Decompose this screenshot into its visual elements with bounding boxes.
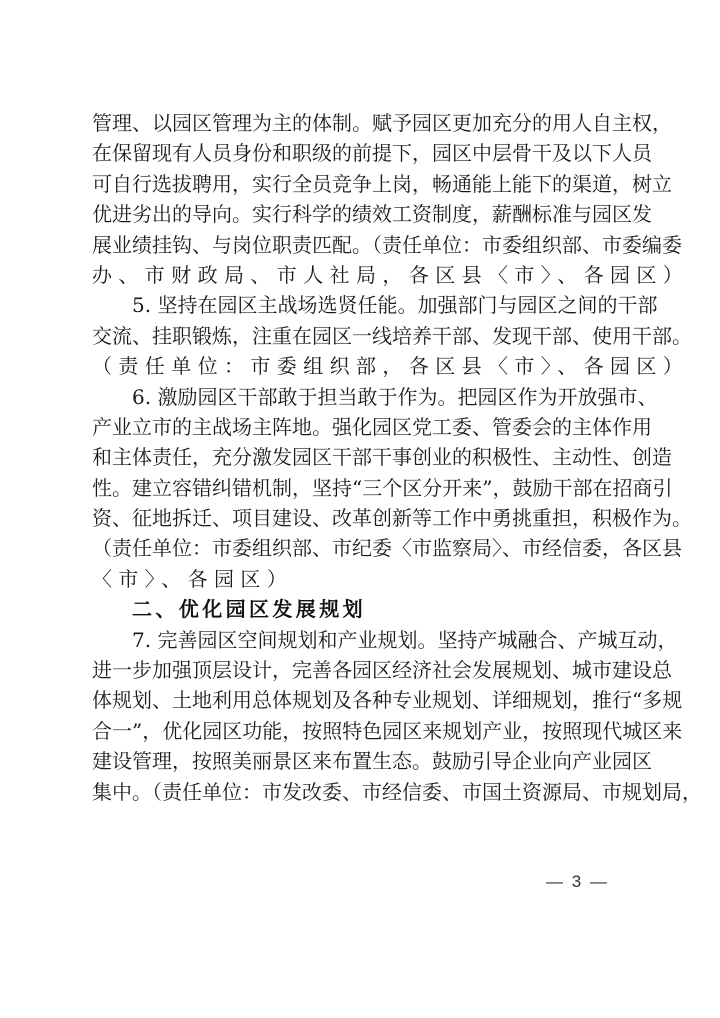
page-number: — 3 — — [546, 872, 609, 892]
document-page: 管理、以园区管理为主的体制。赋予园区更加充分的用人自主权， 在保留现有人员身份和… — [92, 108, 621, 807]
text-line: 交流、挂职锻炼，注重在园区一线培养干部、发现干部、使用干部。 — [92, 321, 621, 351]
item-7-title-line: 7. 完善园区空间规划和产业规划。坚持产城融合、产城互动， — [92, 625, 621, 655]
text-line: 进一步加强顶层设计，完善各园区经济社会发展规划、城市建设总 — [92, 655, 621, 685]
text-line: 集中。（责任单位：市发改委、市经信委、市国土资源局、市规划局， — [92, 777, 621, 807]
text-line: （责任单位：市委组织部，各区县〈市〉、各园区） — [92, 351, 621, 381]
text-line: 合一”，优化园区功能，按照特色园区来规划产业，按照现代城区来 — [92, 716, 621, 746]
text-line: 资、征地拆迁、项目建设、改革创新等工作中勇挑重担，积极作为。 — [92, 503, 621, 533]
text-line: 体规划、土地利用总体规划及各种专业规划、详细规划，推行“多规 — [92, 685, 621, 715]
text-line: 〈市〉、各园区） — [92, 564, 621, 594]
text-line: 展业绩挂钩、与岗位职责匹配。（责任单位：市委组织部、市委编委 — [92, 230, 621, 260]
text-line: 在保留现有人员身份和职级的前提下，园区中层骨干及以下人员 — [92, 138, 621, 168]
text-line: 办、市财政局、市人社局，各区县〈市〉、各园区） — [92, 260, 621, 290]
text-line: 可自行选拔聘用，实行全员竞争上岗，畅通能上能下的渠道，树立 — [92, 169, 621, 199]
section-heading: 二、优化园区发展规划 — [92, 594, 621, 624]
text-line: 性。建立容错纠错机制，坚持“三个区分开来”，鼓励干部在招商引 — [92, 473, 621, 503]
item-6-title-line: 6. 激励园区干部敢于担当敢于作为。把园区作为开放强市、 — [92, 382, 621, 412]
text-line: （责任单位：市委组织部、市纪委〈市监察局〉、市经信委，各区县 — [92, 533, 621, 563]
item-5-title-line: 5. 坚持在园区主战场选贤任能。加强部门与园区之间的干部 — [92, 290, 621, 320]
text-line: 建设管理，按照美丽景区来布置生态。鼓励引导企业向产业园区 — [92, 746, 621, 776]
text-line: 优进劣出的导向。实行科学的绩效工资制度，薪酬标准与园区发 — [92, 199, 621, 229]
text-line: 管理、以园区管理为主的体制。赋予园区更加充分的用人自主权， — [92, 108, 621, 138]
text-line: 产业立市的主战场主阵地。强化园区党工委、管委会的主体作用 — [92, 412, 621, 442]
text-line: 和主体责任，充分激发园区干部干事创业的积极性、主动性、创造 — [92, 442, 621, 472]
